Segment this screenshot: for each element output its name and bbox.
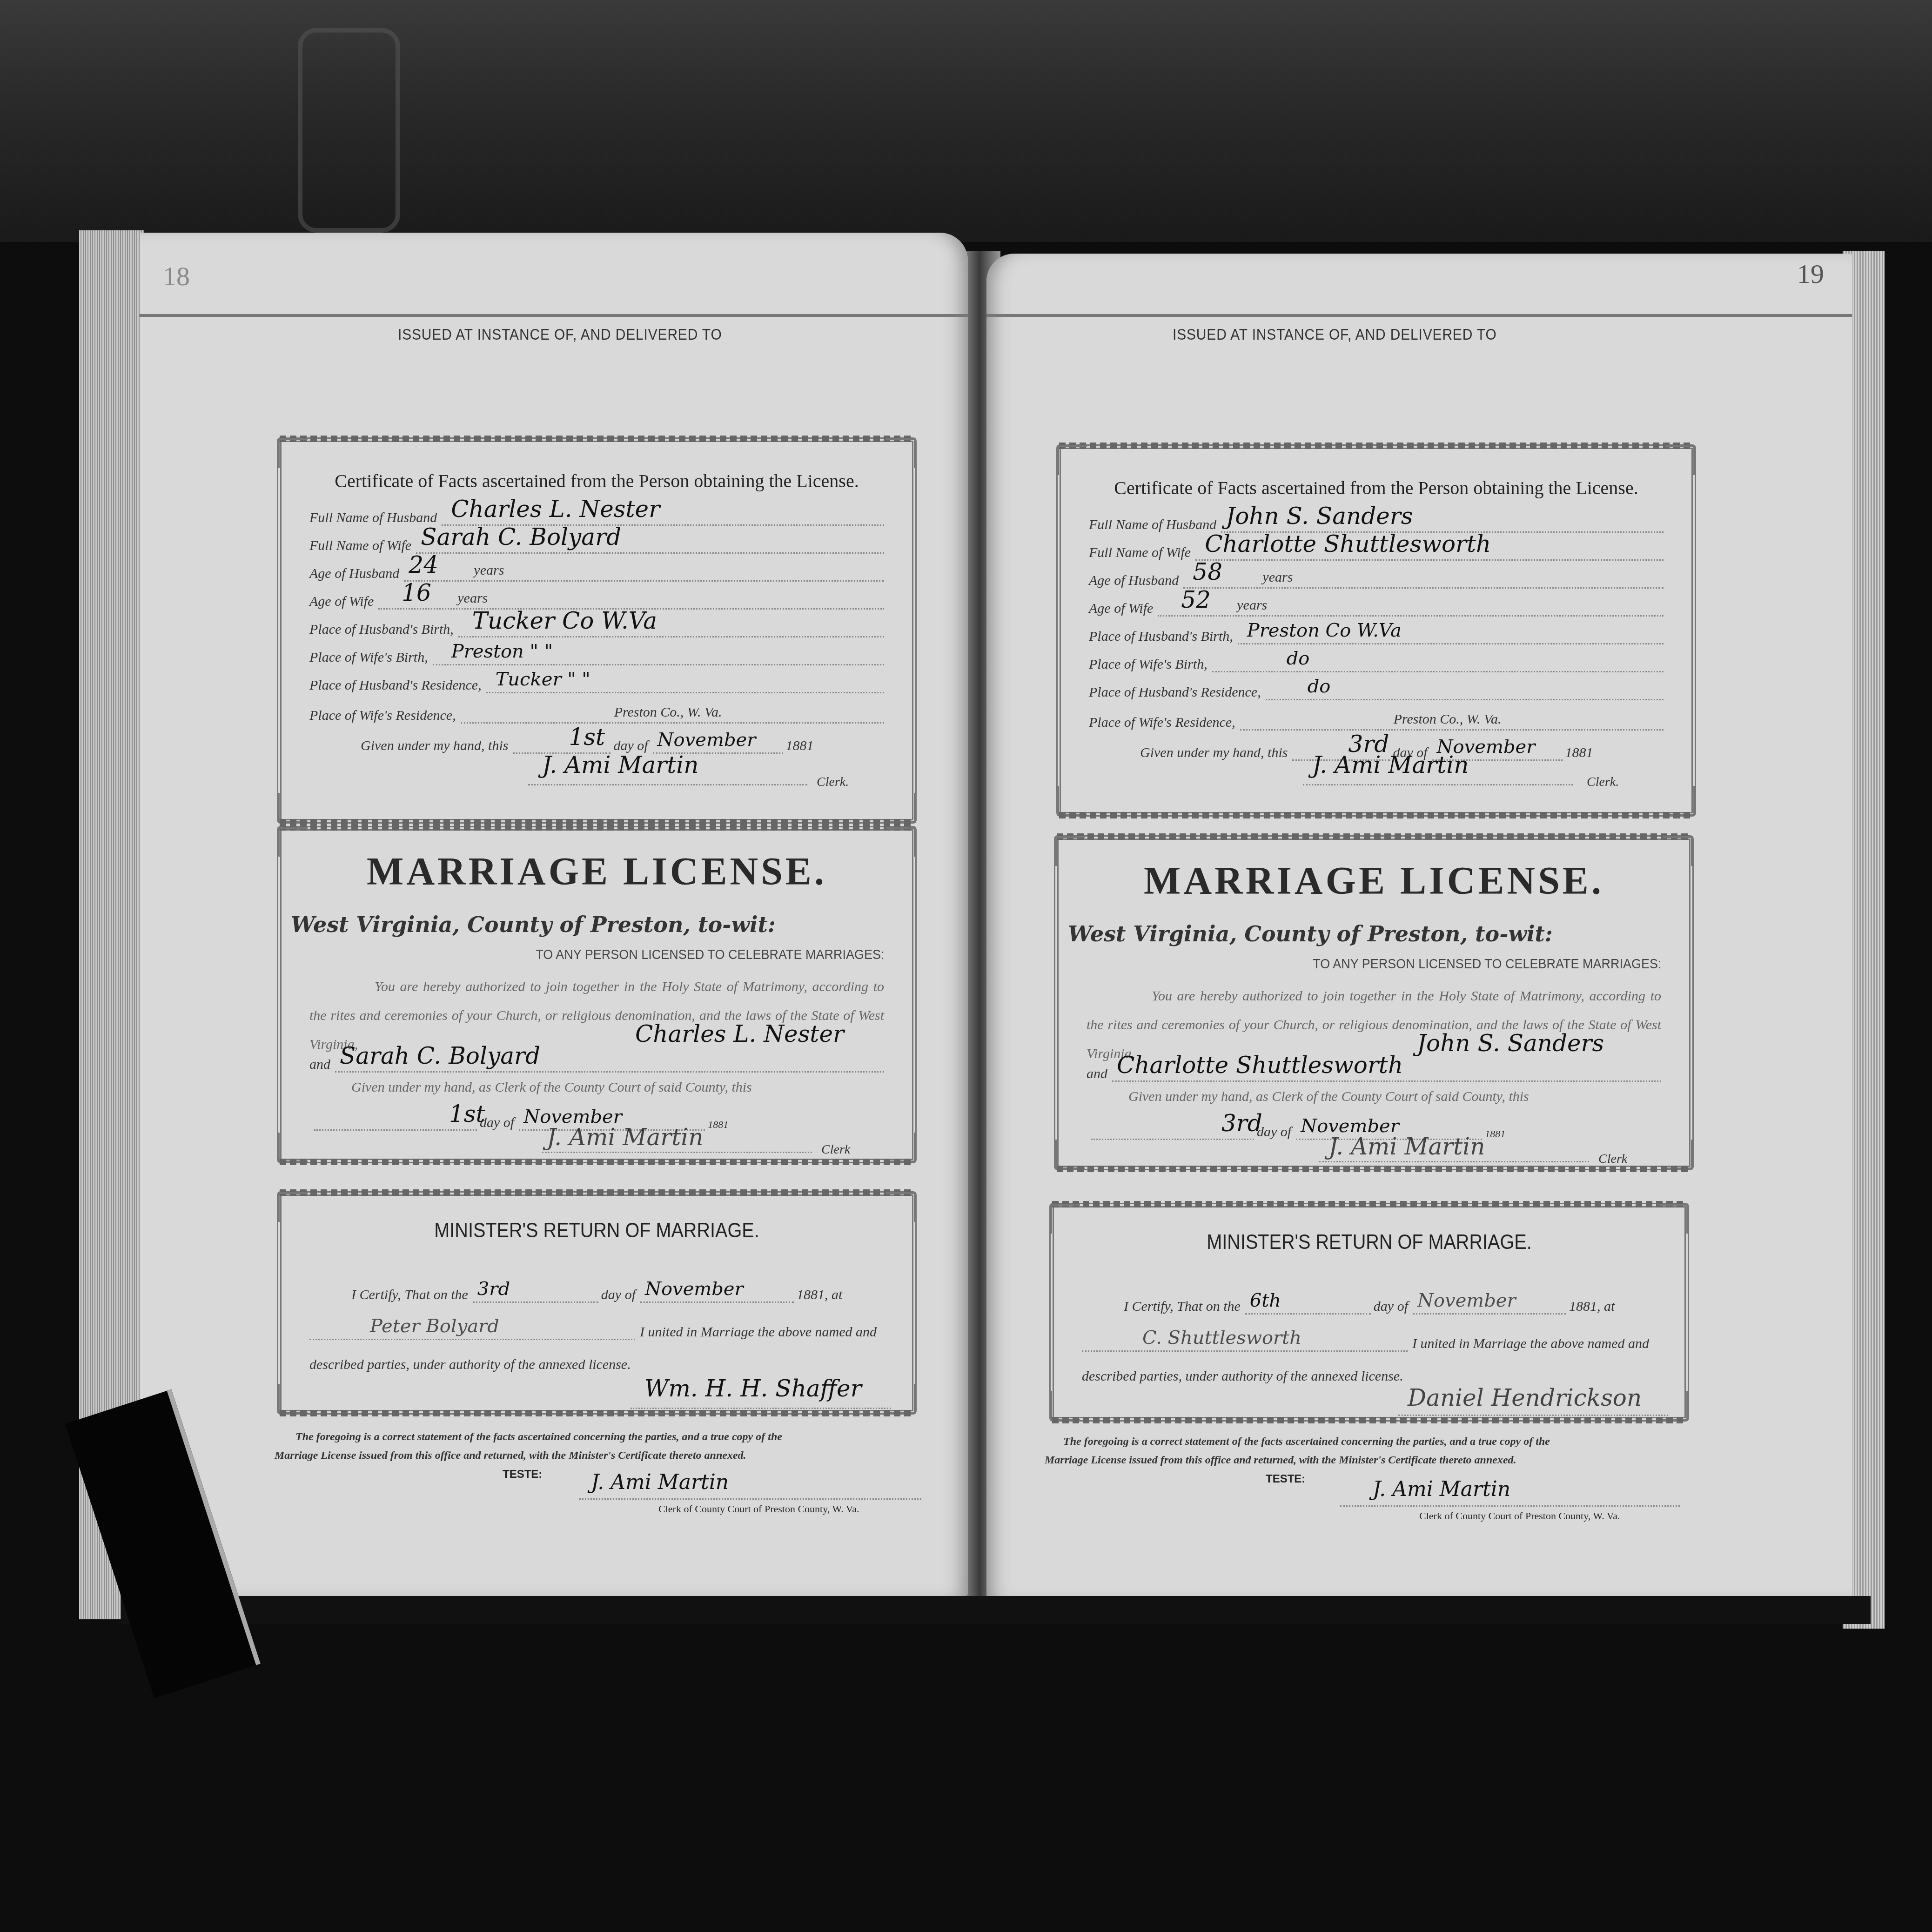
footer-statement-1: The foregoing is a correct statement of …	[295, 1431, 782, 1443]
license-wife-row: andCharlotte Shuttlesworth	[1087, 1054, 1661, 1082]
field-wife-birthplace: Place of Wife's Birth,Preston " "	[309, 637, 884, 665]
return-title: MINISTER'S RETURN OF MARRIAGE.	[1086, 1231, 1653, 1254]
license-wife: Sarah C. Bolyard	[340, 1042, 540, 1069]
field-wife-age: Age of Wife52years	[1089, 589, 1664, 617]
footer-statement-2: Marriage License issued from this office…	[1045, 1454, 1516, 1467]
field-wife-residence: Place of Wife's Residence,Preston Co., W…	[1089, 703, 1664, 731]
teste-label: TESTE:	[503, 1468, 542, 1481]
footer-clerk-signature: J. Ami Martin	[1373, 1477, 1510, 1501]
ornament-corner	[886, 438, 916, 468]
license-title: MARRIAGE LICENSE.	[282, 849, 912, 894]
clerk-signature: J. Ami Martin	[547, 1124, 704, 1151]
field-given-date: Given under my hand, this1stday ofNovemb…	[361, 726, 884, 754]
ornament-corner	[1050, 1391, 1080, 1421]
signature-line	[579, 1498, 921, 1500]
header-rule	[140, 314, 968, 317]
license-wife-row: andSarah C. Bolyard	[309, 1045, 884, 1073]
certificate-title: Certificate of Facts ascertained from th…	[1061, 477, 1691, 499]
book-bottom-shadow	[121, 1596, 1871, 1624]
footer-clerk-signature: J. Ami Martin	[591, 1470, 729, 1494]
field-husband-residence: Place of Husband's Residence,do	[1089, 672, 1664, 700]
issued-header: ISSUED AT INSTANCE OF, AND DELIVERED TO	[398, 326, 722, 344]
signature-line	[631, 1408, 891, 1409]
ornament-corner	[1057, 445, 1087, 475]
field-wife-residence: Place of Wife's Residence,Preston Co., W…	[309, 696, 884, 724]
ministers-return: MINISTER'S RETURN OF MARRIAGE. I Certify…	[1049, 1203, 1689, 1422]
signature-line	[528, 784, 807, 785]
right-page: 19 ISSUED AT INSTANCE OF, AND DELIVERED …	[986, 254, 1852, 1598]
signature-line	[1398, 1415, 1668, 1416]
clerk-signature: J. Ami Martin	[1328, 1133, 1485, 1160]
minister-signature: Daniel Hendrickson	[1408, 1384, 1642, 1411]
ornament-corner	[278, 1133, 308, 1162]
page-number: 18	[163, 261, 190, 292]
husband-name-value: Charles L. Nester	[451, 496, 660, 523]
field-husband-name: Full Name of HusbandCharles L. Nester	[309, 498, 884, 526]
ministers-return: MINISTER'S RETURN OF MARRIAGE. I Certify…	[277, 1191, 917, 1415]
wife-name-value: Sarah C. Bolyard	[421, 523, 621, 550]
license-addressee: TO ANY PERSON LICENSED TO CELEBRATE MARR…	[1313, 956, 1661, 972]
clerk-signature: J. Ami Martin	[1312, 751, 1469, 778]
header-rule	[986, 314, 1852, 317]
marriage-license: MARRIAGE LICENSE. West Virginia, County …	[1054, 835, 1694, 1170]
left-page: 18 ISSUED AT INSTANCE OF, AND DELIVERED …	[140, 233, 968, 1596]
wife-age-value: 16	[402, 579, 431, 606]
field-wife-age: Age of Wife16years	[309, 582, 884, 610]
field-wife-name: Full Name of WifeCharlotte Shuttlesworth	[1089, 533, 1664, 561]
husband-age-value: 24	[409, 551, 438, 578]
ornament-corner	[1665, 445, 1695, 475]
field-wife-birthplace: Place of Wife's Birth,do	[1089, 644, 1664, 672]
minister-signature: Wm. H. H. Shaffer	[644, 1375, 862, 1402]
signature-line	[542, 1152, 812, 1153]
ornament-corner	[278, 438, 308, 468]
background-surface	[0, 0, 1932, 242]
footer-clerk-title: Clerk of County Court of Preston County,…	[1419, 1510, 1620, 1522]
footer-statement-1: The foregoing is a correct statement of …	[1063, 1436, 1550, 1448]
ornament-corner	[1057, 786, 1087, 816]
ornament-corner	[278, 1192, 308, 1222]
ornament-corner	[278, 793, 308, 823]
teste-label: TESTE:	[1266, 1473, 1305, 1486]
field-wife-name: Full Name of WifeSarah C. Bolyard	[309, 526, 884, 554]
certificate-of-facts: Certificate of Facts ascertained from th…	[277, 437, 917, 824]
return-place-row: Peter BolyardI united in Marriage the ab…	[309, 1312, 884, 1340]
ornament-corner	[278, 1384, 308, 1414]
field-husband-residence: Place of Husband's Residence,Tucker " "	[309, 665, 884, 693]
marriage-license: MARRIAGE LICENSE. West Virginia, County …	[277, 826, 917, 1163]
return-described: described parties, under authority of th…	[1082, 1356, 1657, 1384]
certificate-of-facts: Certificate of Facts ascertained from th…	[1056, 444, 1696, 817]
footer-statement-2: Marriage License issued from this office…	[275, 1449, 746, 1462]
signature-line	[1319, 1161, 1589, 1162]
page-number: 19	[1797, 258, 1824, 289]
return-described: described parties, under authority of th…	[309, 1345, 884, 1373]
ornament-corner	[1050, 1204, 1080, 1234]
ornament-corner	[886, 1384, 916, 1414]
return-date-row: I Certify, That on the3rdday ofNovember1…	[351, 1275, 884, 1303]
field-husband-birthplace: Place of Husband's Birth,Tucker Co W.Va	[309, 610, 884, 637]
license-title: MARRIAGE LICENSE.	[1059, 859, 1689, 904]
certificate-title: Certificate of Facts ascertained from th…	[282, 470, 912, 492]
return-place-row: C. ShuttlesworthI united in Marriage the…	[1082, 1324, 1657, 1352]
field-husband-birthplace: Place of Husband's Birth,Preston Co W.Va	[1089, 617, 1664, 644]
field-husband-name: Full Name of HusbandJohn S. Sanders	[1089, 505, 1664, 533]
field-husband-age: Age of Husband24years	[309, 554, 884, 582]
clerk-signature: J. Ami Martin	[542, 751, 699, 778]
license-jurisdiction: West Virginia, County of Preston, to-wit…	[1068, 921, 1553, 946]
ornament-corner	[1658, 1391, 1688, 1421]
license-jurisdiction: West Virginia, County of Preston, to-wit…	[291, 912, 776, 937]
signature-line	[1303, 784, 1573, 785]
signature-line	[1340, 1505, 1680, 1507]
ornament-corner	[1665, 786, 1695, 816]
footer-clerk-title: Clerk of County Court of Preston County,…	[658, 1503, 859, 1515]
ornament-corner	[1663, 1140, 1693, 1169]
ornament-corner	[886, 1133, 916, 1162]
license-addressee: TO ANY PERSON LICENSED TO CELEBRATE MARR…	[536, 947, 884, 963]
ornament-corner	[886, 1192, 916, 1222]
ornament-corner	[1658, 1204, 1688, 1234]
ornament-corner	[1055, 1140, 1085, 1169]
return-date-row: I Certify, That on the6thday ofNovember1…	[1124, 1287, 1657, 1315]
issued-header: ISSUED AT INSTANCE OF, AND DELIVERED TO	[1173, 326, 1497, 344]
page-clip	[298, 28, 400, 233]
field-husband-age: Age of Husband58years	[1089, 561, 1664, 589]
ornament-corner	[886, 793, 916, 823]
return-title: MINISTER'S RETURN OF MARRIAGE.	[313, 1219, 881, 1242]
